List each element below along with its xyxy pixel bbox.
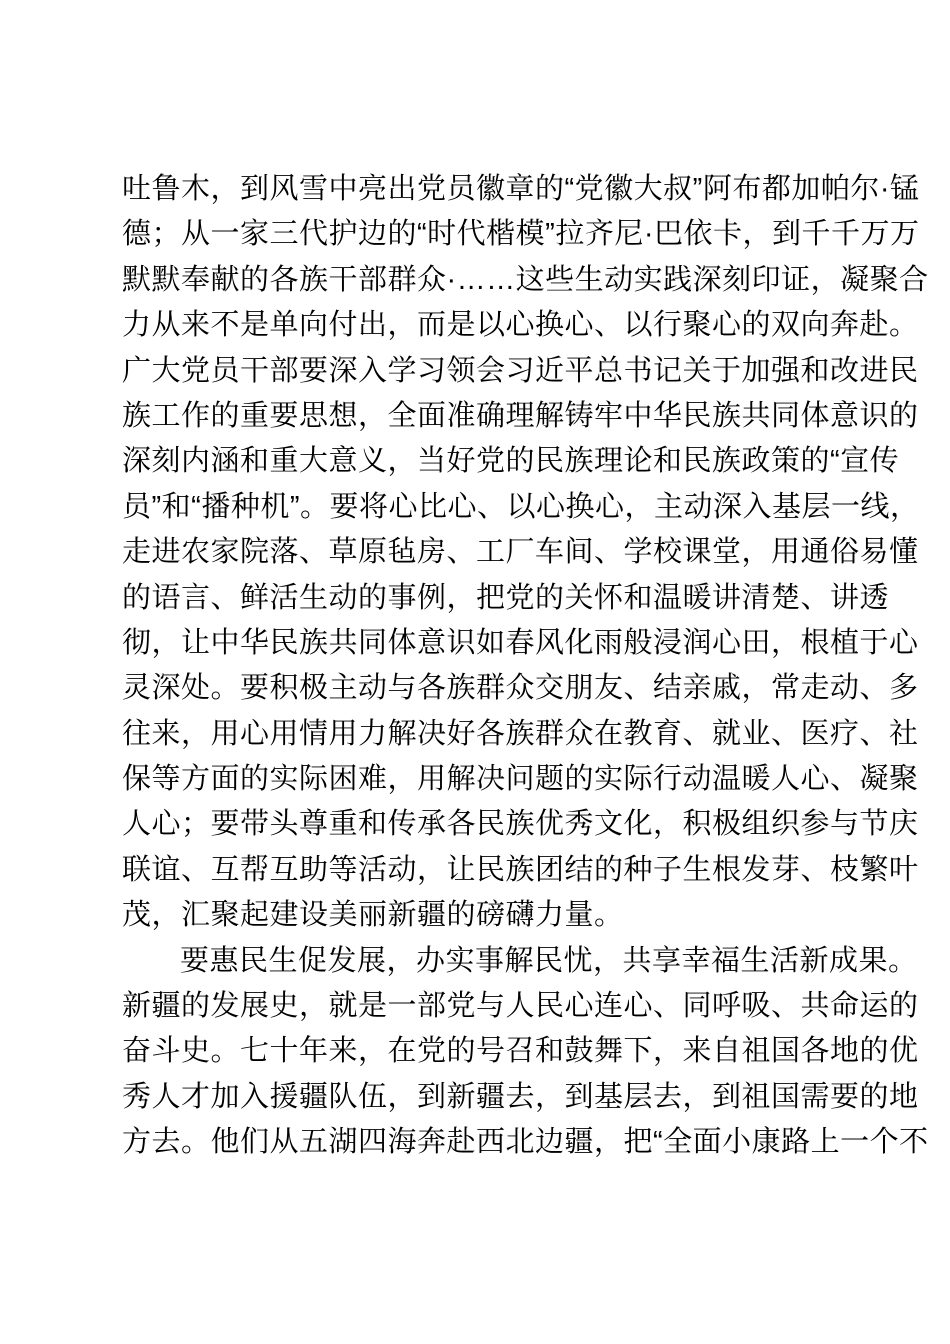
- document-page: 吐鲁木，到风雪中亮出党员徽章的“党徽大叔”阿布都加帕尔·锰 德；从一家三代护边的…: [0, 0, 950, 1344]
- text-line: 默默奉献的各族干部群众·……这些生动实践深刻印证，凝聚合: [122, 258, 834, 303]
- text-line: 力从来不是单向付出，而是以心换心、以行聚心的双向奔赴。: [122, 303, 834, 348]
- paragraph: 吐鲁木，到风雪中亮出党员徽章的“党徽大叔”阿布都加帕尔·锰 德；从一家三代护边的…: [122, 167, 834, 939]
- text-line: 新疆的发展史，就是一部党与人民心连心、同呼吸、共命运的: [122, 984, 834, 1029]
- text-line: 茂，汇聚起建设美丽新疆的磅礴力量。: [122, 893, 834, 938]
- text-line: 秀人才加入援疆队伍，到新疆去，到基层去，到祖国需要的地: [122, 1075, 834, 1120]
- text-line: 奋斗史。七十年来，在党的号召和鼓舞下，来自祖国各地的优: [122, 1029, 834, 1074]
- text-line: 广大党员干部要深入学习领会习近平总书记关于加强和改进民: [122, 349, 834, 394]
- paragraph: 要惠民生促发展，办实事解民忧，共享幸福生活新成果。 新疆的发展史，就是一部党与人…: [122, 939, 834, 1166]
- text-line: 深刻内涵和重大意义，当好党的民族理论和民族政策的“宣传: [122, 439, 834, 484]
- text-line: 彻，让中华民族共同体意识如春风化雨般浸润心田，根植于心: [122, 621, 834, 666]
- text-line: 联谊、互帮互助等活动，让民族团结的种子生根发芽、枝繁叶: [122, 848, 834, 893]
- text-line: 走进农家院落、草原毡房、工厂车间、学校课堂，用通俗易懂: [122, 530, 834, 575]
- text-line: 保等方面的实际困难，用解决问题的实际行动温暖人心、凝聚: [122, 757, 834, 802]
- text-line: 灵深处。要积极主动与各族群众交朋友、结亲戚，常走动、多: [122, 666, 834, 711]
- text-line: 往来，用心用情用力解决好各族群众在教育、就业、医疗、社: [122, 712, 834, 757]
- text-line: 方去。他们从五湖四海奔赴西北边疆，把“全面小康路上一个不: [122, 1120, 834, 1165]
- text-line: 人心；要带头尊重和传承各民族优秀文化，积极组织参与节庆: [122, 802, 834, 847]
- text-line: 族工作的重要思想，全面准确理解铸牢中华民族共同体意识的: [122, 394, 834, 439]
- text-line: 员”和“播种机”。要将心比心、以心换心，主动深入基层一线，: [122, 485, 834, 530]
- text-line: 要惠民生促发展，办实事解民忧，共享幸福生活新成果。: [122, 939, 834, 984]
- document-text: 吐鲁木，到风雪中亮出党员徽章的“党徽大叔”阿布都加帕尔·锰 德；从一家三代护边的…: [122, 167, 834, 1166]
- text-line: 吐鲁木，到风雪中亮出党员徽章的“党徽大叔”阿布都加帕尔·锰: [122, 167, 834, 212]
- text-line: 德；从一家三代护边的“时代楷模”拉齐尼·巴依卡，到千千万万: [122, 212, 834, 257]
- text-line: 的语言、鲜活生动的事例，把党的关怀和温暖讲清楚、讲透: [122, 576, 834, 621]
